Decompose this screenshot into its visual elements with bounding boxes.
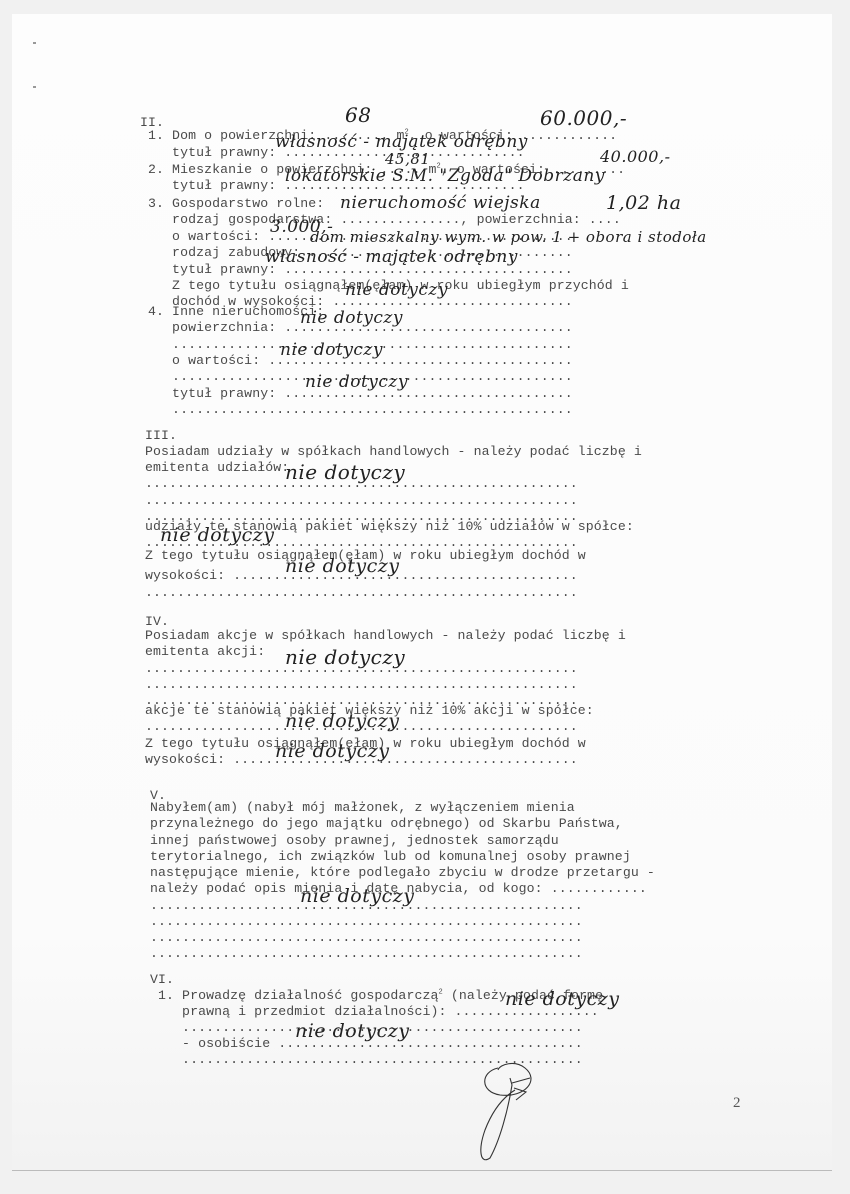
scan-mark [33, 86, 36, 88]
section-heading: III. [145, 428, 177, 443]
handwritten-house-area: 68 [345, 103, 371, 127]
acquired-text-2: przynależnego do jego majątku odrębnego)… [150, 816, 623, 831]
handwritten-farm-title: własność - majątek odrębny [265, 247, 518, 267]
handwritten-stocks-packet: nie dotyczy [285, 710, 399, 732]
handwritten-business: nie dotyczy [505, 988, 619, 1010]
handwritten-shares-income: nie dotyczy [285, 555, 399, 577]
handwritten-other-value: nie dotyczy [280, 340, 383, 360]
dotted-line: ........................................… [145, 677, 578, 692]
farm-line-1: 3. Gospodarstwo rolne: [140, 196, 324, 211]
handwritten-farm-buildings: dom mieszkalny wym. w pow. 1 + obora i s… [310, 228, 707, 246]
other-property-line-1: 4. Inne nieruchomości: [140, 304, 324, 319]
handwritten-shares: nie dotyczy [285, 460, 405, 484]
page-number: 2 [733, 1095, 741, 1112]
handwritten-flat-title: lokatorskie S.M. "Zgoda" Dobrzany [285, 166, 605, 186]
handwritten-farm-area: 1,02 ha [606, 192, 681, 214]
farm-line-2: rodzaj gospodarstwa: ..............., po… [140, 212, 621, 227]
other-property-line-7: ........................................… [140, 402, 573, 417]
handwritten-business-personal: nie dotyczy [295, 1020, 409, 1042]
acquired-text-5: następujące mienie, które podlegało zbyc… [150, 865, 655, 880]
dotted-line: ........................................… [145, 585, 578, 600]
stocks-text-2: emitenta akcji: [145, 644, 265, 659]
handwritten-other-area: nie dotyczy [300, 308, 403, 328]
dotted-line: ........................................… [150, 914, 583, 929]
dotted-line: ........................................… [145, 493, 578, 508]
handwritten-house-value: 60.000,- [540, 106, 627, 130]
stocks-text-1: Posiadam akcje w spółkach handlowych - n… [145, 628, 626, 643]
handwritten-other-title: nie dotyczy [305, 372, 408, 392]
handwritten-flat-value: 40.000,- [600, 147, 670, 166]
handwritten-stocks-income: nie dotyczy [275, 740, 389, 762]
handwritten-farm-income: nie dotyczy [345, 280, 448, 300]
shares-text-2: emitenta udziałów: [145, 460, 289, 475]
signature-icon [470, 1050, 560, 1165]
section-heading: VI. [150, 972, 174, 987]
acquired-text-3: innej państwowej osoby prawnej, jednoste… [150, 833, 559, 848]
shares-text-1: Posiadam udziały w spółkach handlowych -… [145, 444, 642, 459]
handwritten-stocks: nie dotyczy [285, 645, 405, 669]
handwritten-house-title: własność - majątek odrębny [275, 132, 528, 152]
section-heading: IV. [145, 614, 169, 629]
handwritten-shares-packet: nie dotyczy [160, 524, 274, 546]
handwritten-farm-type: nieruchomość wiejska [340, 193, 541, 213]
dotted-line: ........................................… [150, 946, 583, 961]
handwritten-acquired: nie dotyczy [300, 885, 414, 907]
dotted-line: ........................................… [150, 930, 583, 945]
scan-mark [33, 42, 36, 44]
acquired-text-4: terytorialnego, ich związków lub od komu… [150, 849, 631, 864]
acquired-text-1: Nabyłem(am) (nabył mój małżonek, z wyłąc… [150, 800, 575, 815]
